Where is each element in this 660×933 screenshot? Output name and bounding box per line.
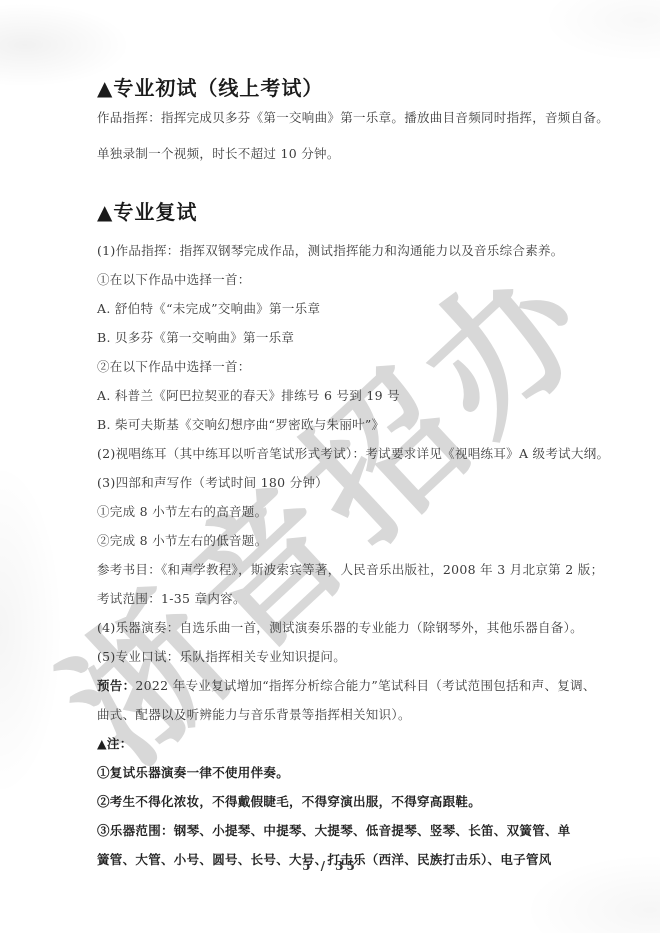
text-line: A. 科普兰《阿巴拉契亚的春天》排练号 6 号到 19 号	[97, 381, 620, 410]
text-line: (4)乐器演奏：自选乐曲一首，测试演奏乐器的专业能力（除钢琴外，其他乐器自备）。	[97, 613, 620, 642]
page-number: 5 / 35	[302, 859, 358, 873]
text-line: ②在以下作品中选择一首：	[97, 352, 620, 381]
text-line: B. 柴可夫斯基《交响幻想序曲“罗密欧与朱丽叶”》	[97, 410, 620, 439]
text-line: B. 贝多芬《第一交响曲》第一乐章	[97, 323, 620, 352]
text-line: ③乐器范围：钢琴、小提琴、中提琴、大提琴、低音提琴、竖琴、长笛、双簧管、单	[97, 816, 620, 845]
text-line: ①在以下作品中选择一首：	[97, 265, 620, 294]
text-line: (5)专业口试：乐队指挥相关专业知识提问。	[97, 642, 620, 671]
text-line: 曲式、配器以及听辨能力与音乐背景等指挥相关知识）。	[97, 700, 620, 729]
text-line: ②完成 8 小节左右的低音题。	[97, 526, 620, 555]
section-heading: ▲专业初试（线上考试）	[97, 76, 620, 100]
text-line: ①复试乐器演奏一律不使用伴奏。	[97, 758, 620, 787]
text-line: 作品指挥：指挥完成贝多芬《第一交响曲》第一乐章。播放曲目音频同时指挥，音频自备。	[97, 100, 620, 136]
text-line: A. 舒伯特《“未完成”交响曲》第一乐章	[97, 294, 620, 323]
text-line: 考试范围：1-35 章内容。	[97, 584, 620, 613]
text-line: ②考生不得化浓妆，不得戴假睫毛，不得穿演出服，不得穿高跟鞋。	[97, 787, 620, 816]
section-heading: ▲专业复试	[97, 200, 620, 224]
text-line: 单独录制一个视频，时长不超过 10 分钟。	[97, 136, 620, 172]
text-line: ▲注：	[97, 729, 620, 758]
text-line: (1)作品指挥：指挥双钢琴完成作品，测试指挥能力和沟通能力以及音乐综合素养。	[97, 236, 620, 265]
bold-lead: 预告：	[97, 678, 135, 693]
text-line: ①完成 8 小节左右的高音题。	[97, 497, 620, 526]
page-footer: 5 / 35	[0, 859, 660, 873]
document-body: ▲专业初试（线上考试）作品指挥：指挥完成贝多芬《第一交响曲》第一乐章。播放曲目音…	[97, 76, 620, 874]
text-line: 参考书目：《和声学教程》，斯波索宾等著，人民音乐出版社，2008 年 3 月北京…	[97, 555, 620, 584]
text-line: (2)视唱练耳（其中练耳以听音笔试形式考试）：考试要求详见《视唱练耳》A 级考试…	[97, 439, 620, 468]
line-text: 2022 年专业复试增加“指挥分析综合能力”笔试科目（考试范围包括和声、复调、	[135, 678, 595, 693]
text-line: 预告：2022 年专业复试增加“指挥分析综合能力”笔试科目（考试范围包括和声、复…	[97, 671, 620, 700]
text-line: (3)四部和声写作（考试时间 180 分钟）	[97, 468, 620, 497]
document-page: 浙音招办 ▲专业初试（线上考试）作品指挥：指挥完成贝多芬《第一交响曲》第一乐章。…	[0, 0, 660, 933]
